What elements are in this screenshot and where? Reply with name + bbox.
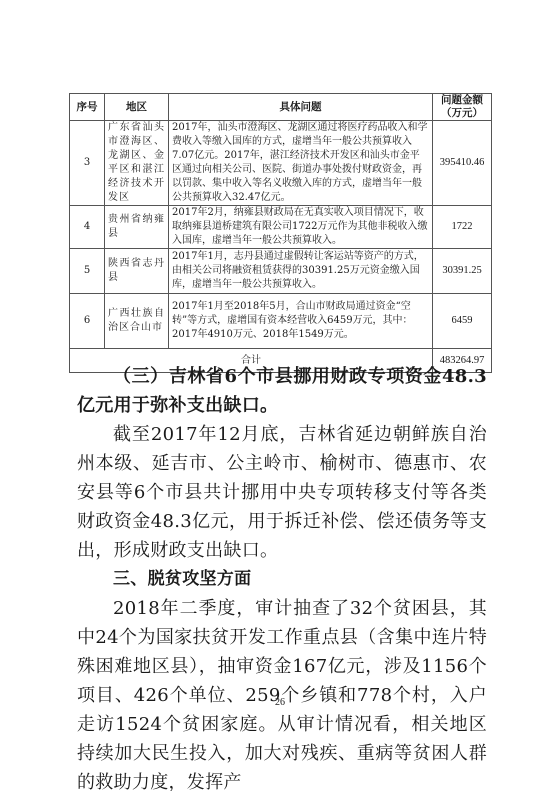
row-no: 4 (70, 206, 105, 249)
paragraph-poverty: 2018年二季度，审计抽查了32个贫困县，其中24个为国家扶贫开发工作重点县（含… (77, 594, 487, 791)
header-region: 地区 (105, 94, 169, 121)
audit-issues-table: 序号 地区 具体问题 问题金额（万元） 3 广东省汕头市澄海区、龙湖区、金平区和… (69, 93, 492, 373)
section-heading: 三、脱贫攻坚方面 (77, 565, 487, 594)
body-section: （三）吉林省6个市县挪用财政专项资金48.3亿元用于弥补支出缺口。 截至2017… (77, 362, 487, 791)
table-row: 4 贵州省纳雍县 2017年2月，纳雍县财政局在无真实收入项目情况下，收取纳雍县… (70, 206, 492, 249)
paragraph-jilin: 截至2017年12月底，吉林省延边朝鲜族自治州本级、延吉市、公主岭市、榆树市、德… (77, 420, 487, 565)
row-no: 3 (70, 121, 105, 206)
row-issue: 2017年，汕头市澄海区、龙湖区通过将医疗药品收入和学费收入等缴入国库的方式，虚… (169, 121, 433, 206)
header-no: 序号 (70, 94, 105, 121)
row-amount: 1722 (433, 206, 492, 249)
row-issue: 2017年1月，志丹县通过虚假转让客运站等资产的方式，由相关公司将融资租赁获得的… (169, 249, 433, 294)
row-amount: 30391.25 (433, 249, 492, 294)
row-amount: 395410.46 (433, 121, 492, 206)
row-region: 广西壮族自治区合山市 (105, 294, 169, 349)
row-region: 广东省汕头市澄海区、龙湖区、金平区和湛江经济技术开发区 (105, 121, 169, 206)
row-region: 贵州省纳雍县 (105, 206, 169, 249)
row-amount: 6459 (433, 294, 492, 349)
table-row: 5 陕西省志丹县 2017年1月，志丹县通过虚假转让客运站等资产的方式，由相关公… (70, 249, 492, 294)
row-no: 6 (70, 294, 105, 349)
row-region: 陕西省志丹县 (105, 249, 169, 294)
table-row: 3 广东省汕头市澄海区、龙湖区、金平区和湛江经济技术开发区 2017年，汕头市澄… (70, 121, 492, 206)
row-issue: 2017年2月，纳雍县财政局在无真实收入项目情况下，收取纳雍县道桥建筑有限公司1… (169, 206, 433, 249)
row-no: 5 (70, 249, 105, 294)
header-issue: 具体问题 (169, 94, 433, 121)
row-issue: 2017年1月至2018年5月，合山市财政局通过资金“空转”等方式，虚增国有资本… (169, 294, 433, 349)
page-number: 26 (0, 697, 560, 708)
table-row: 6 广西壮族自治区合山市 2017年1月至2018年5月，合山市财政局通过资金“… (70, 294, 492, 349)
document-page: 序号 地区 具体问题 问题金额（万元） 3 广东省汕头市澄海区、龙湖区、金平区和… (0, 0, 560, 791)
header-amount: 问题金额（万元） (433, 94, 492, 121)
subsection-heading: （三）吉林省6个市县挪用财政专项资金48.3亿元用于弥补支出缺口。 (77, 362, 487, 420)
table-header-row: 序号 地区 具体问题 问题金额（万元） (70, 94, 492, 121)
